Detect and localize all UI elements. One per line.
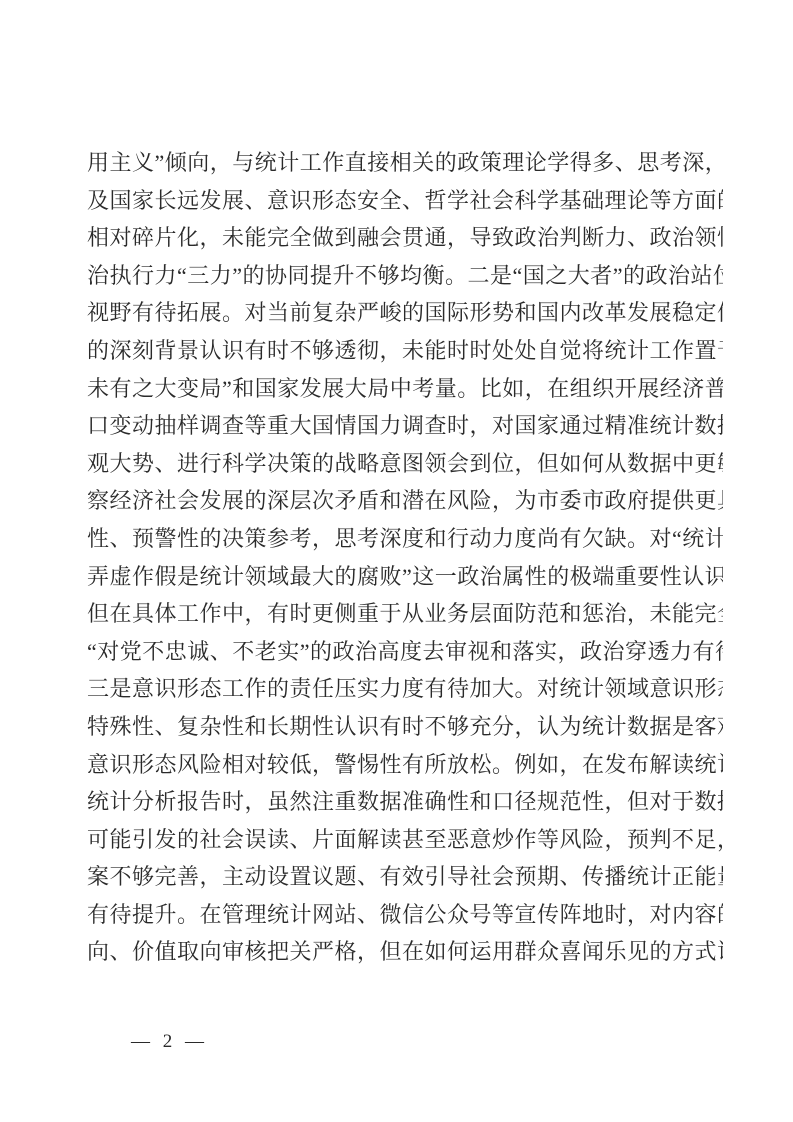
text-line: 用主义”倾向，与统计工作直接相关的政策理论学得多、思考深，而对涉 [87, 144, 723, 182]
text-line: 向、价值取向审核把关严格，但在如何运用群众喜闻乐见的方式讲好“统 [87, 933, 723, 971]
text-line: 可能引发的社会误读、片面解读甚至恶意炒作等风险，预判不足，应对预 [87, 821, 723, 859]
text-line: 及国家长远发展、意识形态安全、哲学社会科学基础理论等方面的学习则 [87, 182, 723, 220]
text-line: 案不够完善，主动设置议题、有效引导社会预期、传播统计正能量的能力 [87, 858, 723, 896]
text-line: 相对碎片化，未能完全做到融会贯通，导致政治判断力、政治领悟力、政 [87, 219, 723, 257]
text-line: 有待提升。在管理统计网站、微信公众号等宣传阵地时，对内容的政治导 [87, 896, 723, 934]
text-line: 的深刻背景认识有时不够透彻，未能时时处处自觉将统计工作置于“百年 [87, 332, 723, 370]
text-line: 察经济社会发展的深层次矛盾和潜在风险，为市委市政府提供更具前瞻 [87, 482, 723, 520]
text-line: 意识形态风险相对较低，警惕性有所放松。例如，在发布解读统计数据和 [87, 746, 723, 784]
text-line: 未有之大变局”和国家发展大局中考量。比如，在组织开展经济普查、人 [87, 370, 723, 408]
text-line: 口变动抽样调查等重大国情国力调查时，对国家通过精准统计数据掌握宏 [87, 407, 723, 445]
text-line: 但在具体工作中，有时更侧重于从业务层面防范和惩治，未能完全上升到 [87, 595, 723, 633]
text-line: 性、预警性的决策参考，思考深度和行动力度尚有欠缺。对“统计造假、 [87, 520, 723, 558]
text-line: 治执行力“三力”的协同提升不够均衡。二是“国之大者”的政治站位和全局 [87, 257, 723, 295]
text-line: 特殊性、复杂性和长期性认识有时不够充分，认为统计数据是客观事实， [87, 708, 723, 746]
text-line: 弄虚作假是统计领域最大的腐败”这一政治属性的极端重要性认识深刻， [87, 558, 723, 596]
text-line: 统计分析报告时，虽然注重数据准确性和口径规范性，但对于数据发布后 [87, 783, 723, 821]
text-line: “对党不忠诚、不老实”的政治高度去审视和落实，政治穿透力有待加强。 [87, 633, 723, 671]
text-line: 观大势、进行科学决策的战略意图领会到位，但如何从数据中更敏锐地洞 [87, 445, 723, 483]
document-page: 用主义”倾向，与统计工作直接相关的政策理论学得多、思考深，而对涉 及国家长远发展… [0, 0, 793, 1122]
body-text-block: 用主义”倾向，与统计工作直接相关的政策理论学得多、思考深，而对涉 及国家长远发展… [87, 144, 723, 971]
page-number: — 2 — [131, 1031, 208, 1053]
text-line: 视野有待拓展。对当前复杂严峻的国际形势和国内改革发展稳定任务交织 [87, 294, 723, 332]
text-line: 三是意识形态工作的责任压实力度有待加大。对统计领域意识形态工作的 [87, 670, 723, 708]
